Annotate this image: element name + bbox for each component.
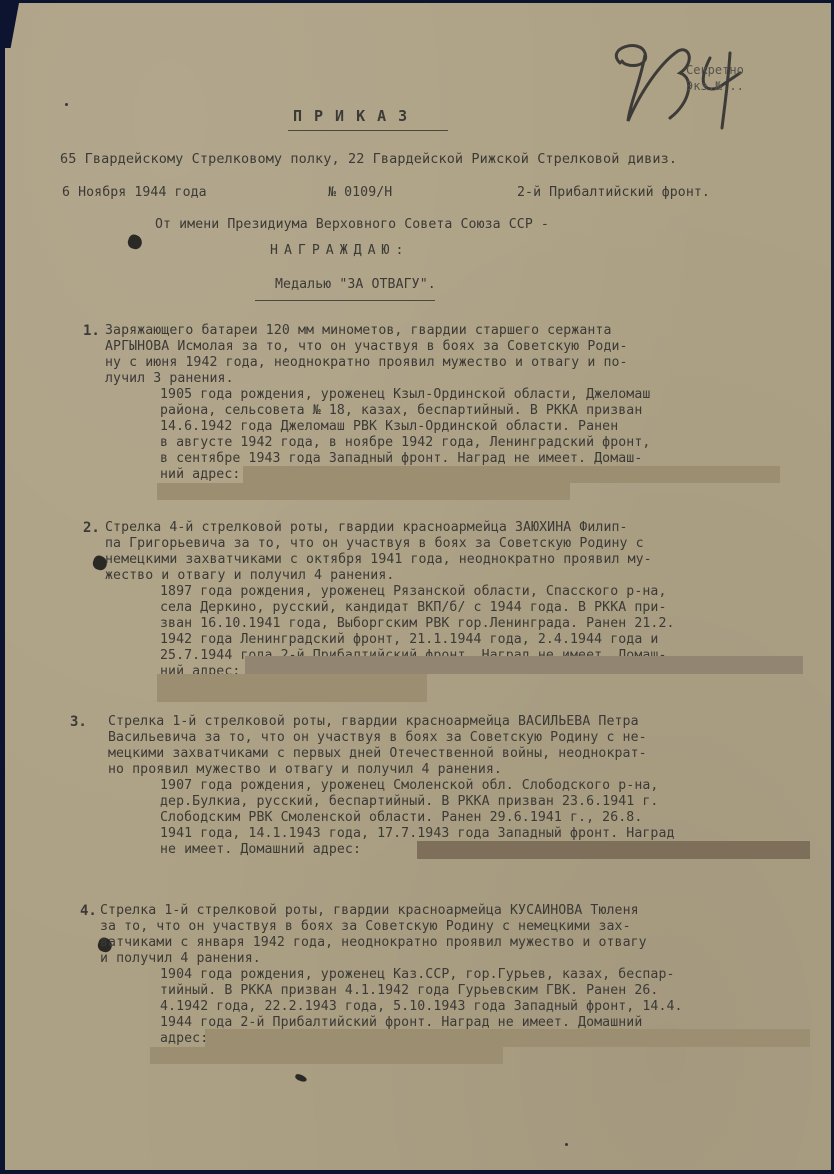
entry-1-bio-line: в сентябре 1943 года Западный фронт. Наг… <box>160 451 642 466</box>
entry-4-bio-line: 4.1942 года, 22.2.1943 года, 5.10.1943 г… <box>160 999 683 1014</box>
entry-2-citation-line: жество и отвагу и получил 4 ранения. <box>105 568 394 583</box>
entry-1-bio-line: в августе 1942 года, в ноябре 1942 года,… <box>160 435 650 450</box>
entry-4-bio-line: тийный. В РККА призван 4.1.1942 года Гур… <box>160 983 658 998</box>
entry-1-citation-line: ну с июня 1942 года, неоднократно прояви… <box>105 355 628 370</box>
redacted-address <box>205 1029 810 1047</box>
entry-1-bio-line: ний адрес: <box>160 467 240 482</box>
ink-speck <box>65 103 68 106</box>
entry-2-citation-line: Стрелка 4-й стрелковой роты, гвардии кра… <box>105 520 628 535</box>
document-page: Секретно Экз.№... ПРИКАЗ 65 Гвардейскому… <box>5 3 831 1170</box>
entry-2-number: 2. <box>83 520 100 536</box>
classification-stamp-line1: Секретно <box>686 63 744 77</box>
entry-4-bio-line: 1944 года 2-й Прибалтийский фронт. Награ… <box>160 1015 642 1030</box>
entry-1-citation-line: Заряжающего батареи 120 мм минометов, гв… <box>105 323 612 338</box>
entry-1-bio-line: 14.6.1942 года Джеломаш РВК Кзыл-Ординск… <box>160 419 618 434</box>
redacted-address <box>417 841 810 859</box>
ink-speck <box>294 1073 307 1083</box>
entry-3-citation-line: мецкими захватчиками с первых дней Отече… <box>108 746 647 761</box>
entry-2-citation-line: немецкими захватчиками с октября 1941 го… <box>105 552 652 567</box>
redacted-address <box>245 656 803 674</box>
entry-4-citation-line: и получил 4 ранения. <box>100 951 261 966</box>
entry-3-bio-line: 1907 года рождения, уроженец Смоленской … <box>160 778 658 793</box>
entry-3-bio-line: не имеет. Домашний адрес: <box>160 842 361 857</box>
entry-3-bio-line: Слободским РВК Смоленской области. Ранен… <box>160 810 642 825</box>
ink-blot <box>126 233 144 251</box>
entry-2-bio-line: 1897 года рождения, уроженец Рязанской о… <box>160 584 667 599</box>
entry-4-bio-line: 1904 года рождения, уроженец Каз.ССР, го… <box>160 967 675 982</box>
entry-4-citation-line: за то, что он участвуя в боях за Советск… <box>100 919 631 934</box>
entry-2-bio-line: зван 16.10.1941 года, Выборгским РВК гор… <box>160 616 675 631</box>
entry-3-citation-line: Васильевича за то, что он участвуя в боя… <box>108 730 647 745</box>
entry-2-citation-line: па Григорьевича за то, что он участвуя в… <box>105 536 644 551</box>
medal-underline <box>255 300 435 301</box>
entry-1-citation-line: лучил 3 ранения. <box>105 371 234 386</box>
front-name: 2-й Прибалтийский фронт. <box>517 185 710 200</box>
entry-4-citation-line: ватчиками с января 1942 года, неоднократ… <box>100 935 647 950</box>
entry-1-number: 1. <box>83 323 100 339</box>
award-verb: НАГРАЖДАЮ: <box>270 243 409 258</box>
entry-3-number: 3. <box>70 714 87 730</box>
order-date: 6 Ноября 1944 года <box>62 185 207 200</box>
title-underline <box>288 130 448 131</box>
entry-3-citation-line: но проявил мужество и отвагу и получил 4… <box>108 762 502 777</box>
entry-3-bio-line: 1941 года, 14.1.1943 года, 17.7.1943 год… <box>160 826 675 841</box>
ink-speck <box>565 1143 568 1146</box>
entry-4-number: 4. <box>80 903 97 919</box>
classification-stamp-line2: Экз.№... <box>686 79 744 93</box>
order-number: № 0109/Н <box>328 185 392 200</box>
entry-1-bio-line: 1905 года рождения, уроженец Кзыл-Ординс… <box>160 387 650 402</box>
unit-line: 65 Гвардейскому Стрелковому полку, 22 Гв… <box>60 151 677 167</box>
entry-3-citation-line: Стрелка 1-й стрелковой роты, гвардии кра… <box>108 714 639 729</box>
entry-3-bio-line: дер.Булкиа, русский, беспартийный. В РКК… <box>160 794 658 809</box>
entry-1-citation-line: АРГЫНОВА Исмолая за то, что он участвуя … <box>105 339 628 354</box>
redacted-address <box>157 483 570 500</box>
preamble: От имени Президиума Верховного Совета Со… <box>155 217 549 232</box>
entry-2-bio-line: села Деркино, русский, кандидат ВКП/б/ с… <box>160 600 667 615</box>
redacted-address <box>150 1047 503 1064</box>
redacted-address <box>157 674 427 702</box>
entry-4-bio-line: адрес: <box>160 1031 208 1046</box>
entry-4-citation-line: Стрелка 1-й стрелковой роты, гвардии кра… <box>100 903 639 918</box>
torn-corner <box>5 3 19 48</box>
document-title: ПРИКАЗ <box>293 107 419 125</box>
entry-2-bio-line: 1942 года Ленинградский фронт, 21.1.1944… <box>160 632 658 647</box>
medal-name: Медалью "ЗА ОТВАГУ". <box>275 277 436 292</box>
entry-1-bio-line: района, сельсовета № 18, казах, беспарти… <box>160 403 642 418</box>
redacted-address <box>243 466 780 483</box>
